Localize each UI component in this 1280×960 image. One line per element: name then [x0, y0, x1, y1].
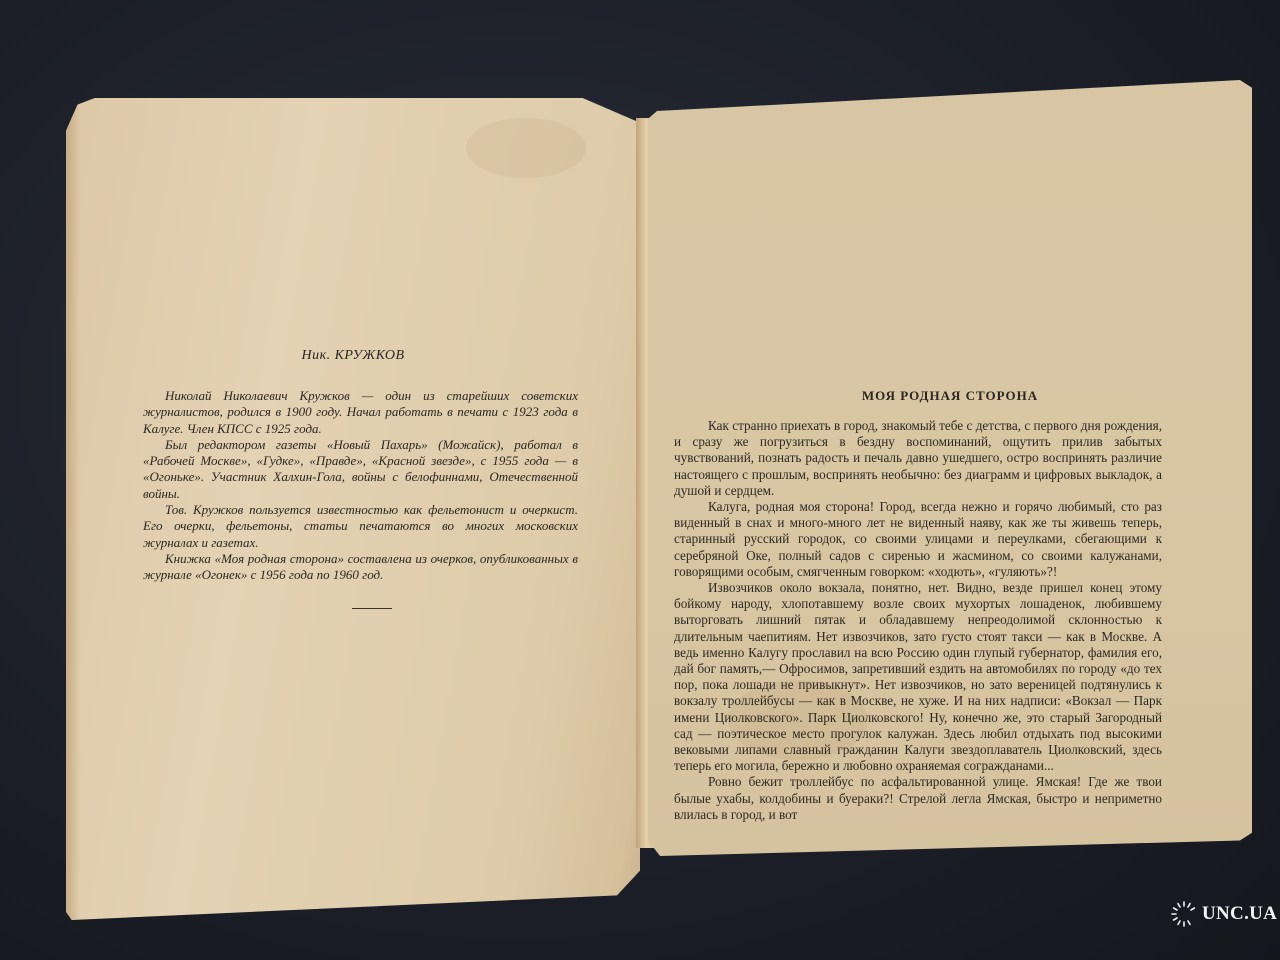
section-divider	[352, 608, 392, 609]
bio-paragraph: Был редактором газеты «Новый Пахарь» (Мо…	[143, 437, 578, 502]
chapter-body: Как странно приехать в город, знакомый т…	[674, 418, 1162, 823]
bio-paragraph: Книжка «Моя родная сторона» составлена и…	[143, 551, 578, 584]
watermark: UNC.UA	[1170, 900, 1277, 928]
right-page: МОЯ РОДНАЯ СТОРОНА Как странно приехать …	[648, 80, 1252, 856]
watermark-text: UNC.UA	[1202, 903, 1277, 925]
body-paragraph: Как странно приехать в город, знакомый т…	[674, 418, 1162, 499]
body-paragraph: Извозчиков около вокзала, понятно, нет. …	[674, 580, 1162, 774]
chapter-title: МОЯ РОДНАЯ СТОРОНА	[648, 388, 1252, 404]
left-page: Ник. КРУЖКОВ Николай Николаевич Кружков …	[66, 98, 640, 920]
sunburst-icon	[1170, 900, 1198, 928]
body-paragraph: Ровно бежит троллейбус по асфальтированн…	[674, 774, 1162, 823]
author-heading: Ник. КРУЖКОВ	[66, 348, 640, 364]
bio-paragraph: Николай Николаевич Кружков — один из ста…	[143, 388, 578, 437]
page-number: 3	[1171, 864, 1178, 880]
author-bio: Николай Николаевич Кружков — один из ста…	[143, 388, 578, 584]
body-paragraph: Калуга, родная моя сторона! Город, всегд…	[674, 499, 1162, 580]
bio-paragraph: Тов. Кружков пользуется известностью как…	[143, 502, 578, 551]
